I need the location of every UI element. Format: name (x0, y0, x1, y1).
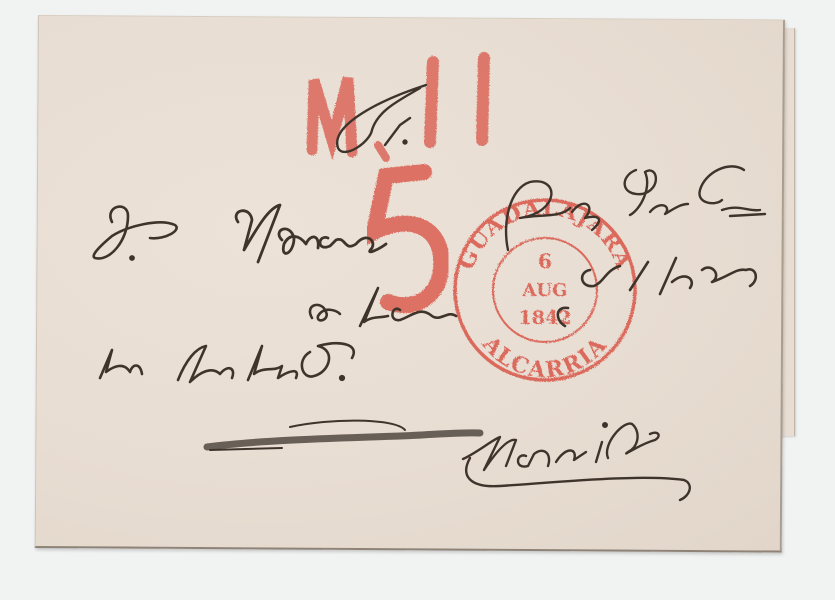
handwriting-calle-de (558, 258, 756, 326)
handwriting-la-salud (100, 343, 354, 382)
letter-markings: GUADALAJARA ALCARRIA 6 AUG 1842 (0, 0, 835, 600)
handwriting-d (94, 207, 177, 260)
svg-text:6: 6 (538, 249, 552, 273)
rate-5-red-marking (374, 172, 441, 305)
handwriting-de-soto (625, 166, 765, 216)
handwriting-madrid (463, 423, 690, 500)
handwriting-flourish (207, 421, 480, 450)
handwriting-ygnacio (236, 205, 386, 262)
guadalajara-postmark: GUADALAJARA ALCARRIA 6 AUG 1842 (453, 195, 636, 384)
svg-text:ALCARRIA: ALCARRIA (477, 331, 613, 384)
svg-text:AUG: AUG (521, 280, 567, 301)
